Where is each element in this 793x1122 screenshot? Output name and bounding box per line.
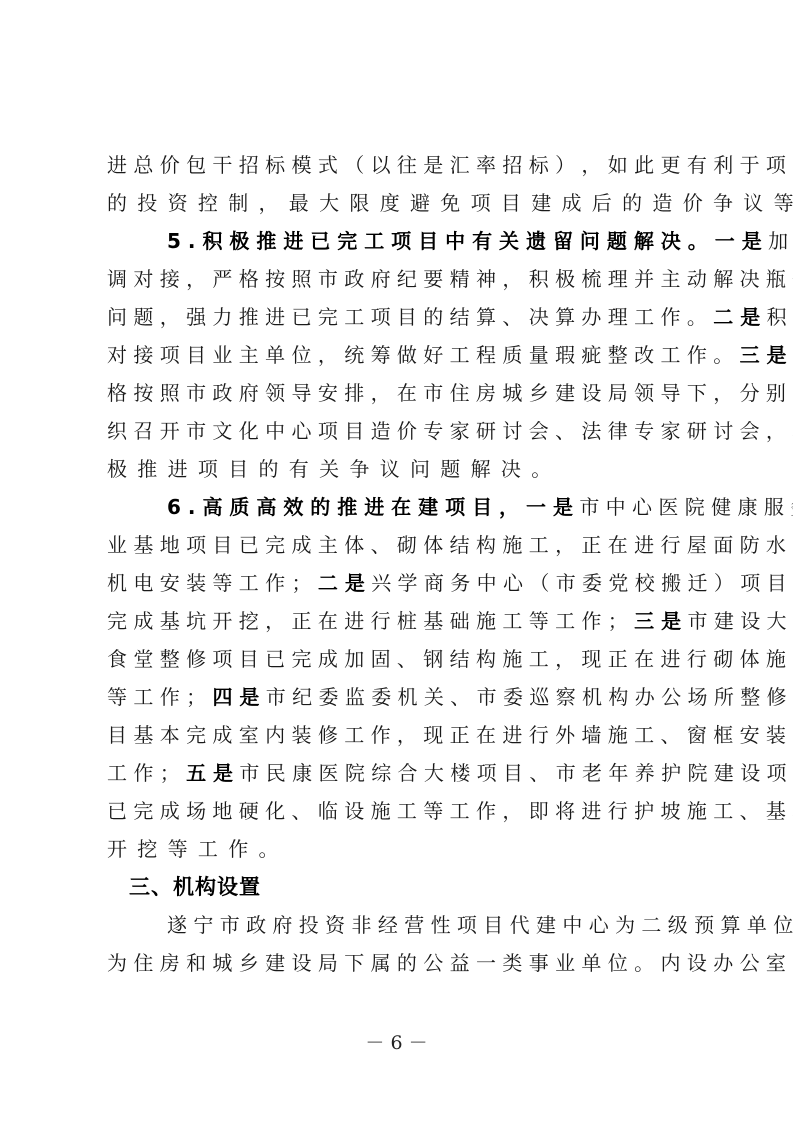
body-text: 进​ 总​ 价​ 包​ 干​ 招​ 标​ 模​ 式​ （​ 以​ 往​ 是​ 汇… <box>107 146 689 982</box>
paragraph-p6: 6​ .​ 高​ 质​ 高​ 效​ 的​ 推​ 进​ 在​ 建​ 项​ 目​ ，… <box>107 488 689 868</box>
text: 等​ 工​ 作​ ； <box>107 685 206 709</box>
page-number: － 6 － <box>0 1028 793 1055</box>
text: 目​ 基​ 本​ 完​ 成​ 室​ 内​ 装​ 修​ 工​ 作​ ，​ 现​ 正… <box>107 723 793 747</box>
text-line: 6​ .​ 高​ 质​ 高​ 效​ 的​ 推​ 进​ 在​ 建​ 项​ 目​ ，… <box>107 488 689 526</box>
section-heading: 三、机构设置 <box>107 868 689 906</box>
text: 加​ 强​ 协 <box>768 229 793 253</box>
bold-text: 五​ 是 <box>186 761 233 785</box>
text: 已​ 完​ 成​ 场​ 地​ 硬​ 化​ 、​ 临​ 设​ 施​ 工​ 等​ 工… <box>107 799 793 823</box>
text-line: 目​ 基​ 本​ 完​ 成​ 室​ 内​ 装​ 修​ 工​ 作​ ，​ 现​ 正… <box>107 716 689 754</box>
text: 市​ 建​ 设​ 大​ 楼 <box>687 609 793 633</box>
text-line: 为​ 住​ 房​ 和​ 城​ 乡​ 建​ 设​ 局​ 下​ 属​ 的​ 公​ 益… <box>107 944 689 982</box>
text: 调​ 对​ 接​ ，​ 严​ 格​ 按​ 照​ 市​ 政​ 府​ 纪​ 要​ 精… <box>107 267 793 291</box>
text: 市​ 纪​ 委​ 监​ 委​ 机​ 关​ 、​ 市​ 委​ 巡​ 察​ 机​ 构… <box>266 685 793 709</box>
text: 积​ 极 <box>767 305 793 329</box>
text: 的投资控制，最大限度避免项目建成后的造价争议等问题。 <box>107 191 793 215</box>
text: 机​ 电​ 安​ 装​ 等​ 工​ 作​ ； <box>107 571 312 595</box>
paragraph-p5: 5​ .​ 积​ 极​ 推​ 进​ 已​ 完​ 工​ 项​ 目​ 中​ 有​ 关… <box>107 222 689 488</box>
text: 遂​ 宁​ 市​ 政​ 府​ 投​ 资​ 非​ 经​ 营​ 性​ 项​ 目​ 代… <box>167 913 793 937</box>
text: 开挖等工作。 <box>107 837 289 861</box>
text: 食​ 堂​ 整​ 修​ 项​ 目​ 已​ 完​ 成​ 加​ 固​ 、​ 钢​ 结… <box>107 647 793 671</box>
text-line: 5​ .​ 积​ 极​ 推​ 进​ 已​ 完​ 工​ 项​ 目​ 中​ 有​ 关… <box>107 222 689 260</box>
text-line: 织​ 召​ 开​ 市​ 文​ 化​ 中​ 心​ 项​ 目​ 造​ 价​ 专​ 家… <box>107 412 689 450</box>
bold-text: 6​ .​ 高​ 质​ 高​ 效​ 的​ 推​ 进​ 在​ 建​ 项​ 目​ ，… <box>167 495 573 519</box>
text: 业​ 基​ 地​ 项​ 目​ 已​ 完​ 成​ 主​ 体​ 、​ 砌​ 体​ 结… <box>107 533 793 557</box>
text-line: 等​ 工​ 作​ ； 四​ 是 市​ 纪​ 委​ 监​ 委​ 机​ 关​ 、​ … <box>107 678 689 716</box>
text: 兴​ 学​ 商​ 务​ 中​ 心​ （​ 市​ 委​ 党​ 校​ 搬​ 迁​ ）… <box>371 571 793 595</box>
bold-text: 三​ 是 <box>634 609 681 633</box>
text: 对​ 接​ 项​ 目​ 业​ 主​ 单​ 位​ ，​ 统​ 筹​ 做​ 好​ 工… <box>107 343 733 367</box>
text-line: 已​ 完​ 成​ 场​ 地​ 硬​ 化​ 、​ 临​ 设​ 施​ 工​ 等​ 工… <box>107 792 689 830</box>
text-line: 调​ 对​ 接​ ，​ 严​ 格​ 按​ 照​ 市​ 政​ 府​ 纪​ 要​ 精… <box>107 260 689 298</box>
text-line: 完​ 成​ 基​ 坑​ 开​ 挖​ ，​ 正​ 在​ 进​ 行​ 桩​ 基​ 础… <box>107 602 689 640</box>
text-line: 开挖等工作。 <box>107 830 689 868</box>
text: 格​ 按​ 照​ 市​ 政​ 府​ 领​ 导​ 安​ 排​ ，​ 在​ 市​ 住… <box>107 381 793 405</box>
text-line: 对​ 接​ 项​ 目​ 业​ 主​ 单​ 位​ ，​ 统​ 筹​ 做​ 好​ 工… <box>107 336 689 374</box>
text: 工​ 作​ ； <box>107 761 180 785</box>
text-line: 的投资控制，最大限度避免项目建成后的造价争议等问题。 <box>107 184 689 222</box>
text-line: 业​ 基​ 地​ 项​ 目​ 已​ 完​ 成​ 主​ 体​ 、​ 砌​ 体​ 结… <box>107 526 689 564</box>
bold-text: 三​ 是 <box>740 343 787 367</box>
paragraph-p_cont: 进​ 总​ 价​ 包​ 干​ 招​ 标​ 模​ 式​ （​ 以​ 往​ 是​ 汇… <box>107 146 689 222</box>
text: 为​ 住​ 房​ 和​ 城​ 乡​ 建​ 设​ 局​ 下​ 属​ 的​ 公​ 益… <box>107 951 793 975</box>
document-page: 进​ 总​ 价​ 包​ 干​ 招​ 标​ 模​ 式​ （​ 以​ 往​ 是​ 汇… <box>0 0 793 1122</box>
text: 问​ 题​ ，​ 强​ 力​ 推​ 进​ 已​ 完​ 工​ 项​ 目​ 的​ 结… <box>107 305 707 329</box>
text-line: 工​ 作​ ； 五​ 是 市​ 民​ 康​ 医​ 院​ 综​ 合​ 大​ 楼​ … <box>107 754 689 792</box>
bold-text: 四​ 是 <box>212 685 259 709</box>
text: 市​ 中​ 心​ 医​ 院​ 健​ 康​ 服​ 务​ 产 <box>579 495 793 519</box>
bold-text: 5​ .​ 积​ 极​ 推​ 进​ 已​ 完​ 工​ 项​ 目​ 中​ 有​ 关… <box>167 229 762 253</box>
text-line: 进​ 总​ 价​ 包​ 干​ 招​ 标​ 模​ 式​ （​ 以​ 往​ 是​ 汇… <box>107 146 689 184</box>
text-line: 食​ 堂​ 整​ 修​ 项​ 目​ 已​ 完​ 成​ 加​ 固​ 、​ 钢​ 结… <box>107 640 689 678</box>
text: 市​ 民​ 康​ 医​ 院​ 综​ 合​ 大​ 楼​ 项​ 目​ 、​ 市​ 老… <box>239 761 793 785</box>
text-line: 机​ 电​ 安​ 装​ 等​ 工​ 作​ ； 二​ 是 兴​ 学​ 商​ 务​ … <box>107 564 689 602</box>
text: 极推进项目的有关争议问题解决。 <box>107 457 562 481</box>
text-line: 遂​ 宁​ 市​ 政​ 府​ 投​ 资​ 非​ 经​ 营​ 性​ 项​ 目​ 代… <box>107 906 689 944</box>
text: 进​ 总​ 价​ 包​ 干​ 招​ 标​ 模​ 式​ （​ 以​ 往​ 是​ 汇… <box>107 153 793 177</box>
bold-text: 二​ 是 <box>318 571 365 595</box>
text-line: 问​ 题​ ，​ 强​ 力​ 推​ 进​ 已​ 完​ 工​ 项​ 目​ 的​ 结… <box>107 298 689 336</box>
text: 完​ 成​ 基​ 坑​ 开​ 挖​ ，​ 正​ 在​ 进​ 行​ 桩​ 基​ 础… <box>107 609 628 633</box>
text-line: 格​ 按​ 照​ 市​ 政​ 府​ 领​ 导​ 安​ 排​ ，​ 在​ 市​ 住… <box>107 374 689 412</box>
paragraph-section: 遂​ 宁​ 市​ 政​ 府​ 投​ 资​ 非​ 经​ 营​ 性​ 项​ 目​ 代… <box>107 906 689 982</box>
text-line: 极推进项目的有关争议问题解决。 <box>107 450 689 488</box>
bold-text: 二​ 是 <box>713 305 760 329</box>
text: 织​ 召​ 开​ 市​ 文​ 化​ 中​ 心​ 项​ 目​ 造​ 价​ 专​ 家… <box>107 419 793 443</box>
